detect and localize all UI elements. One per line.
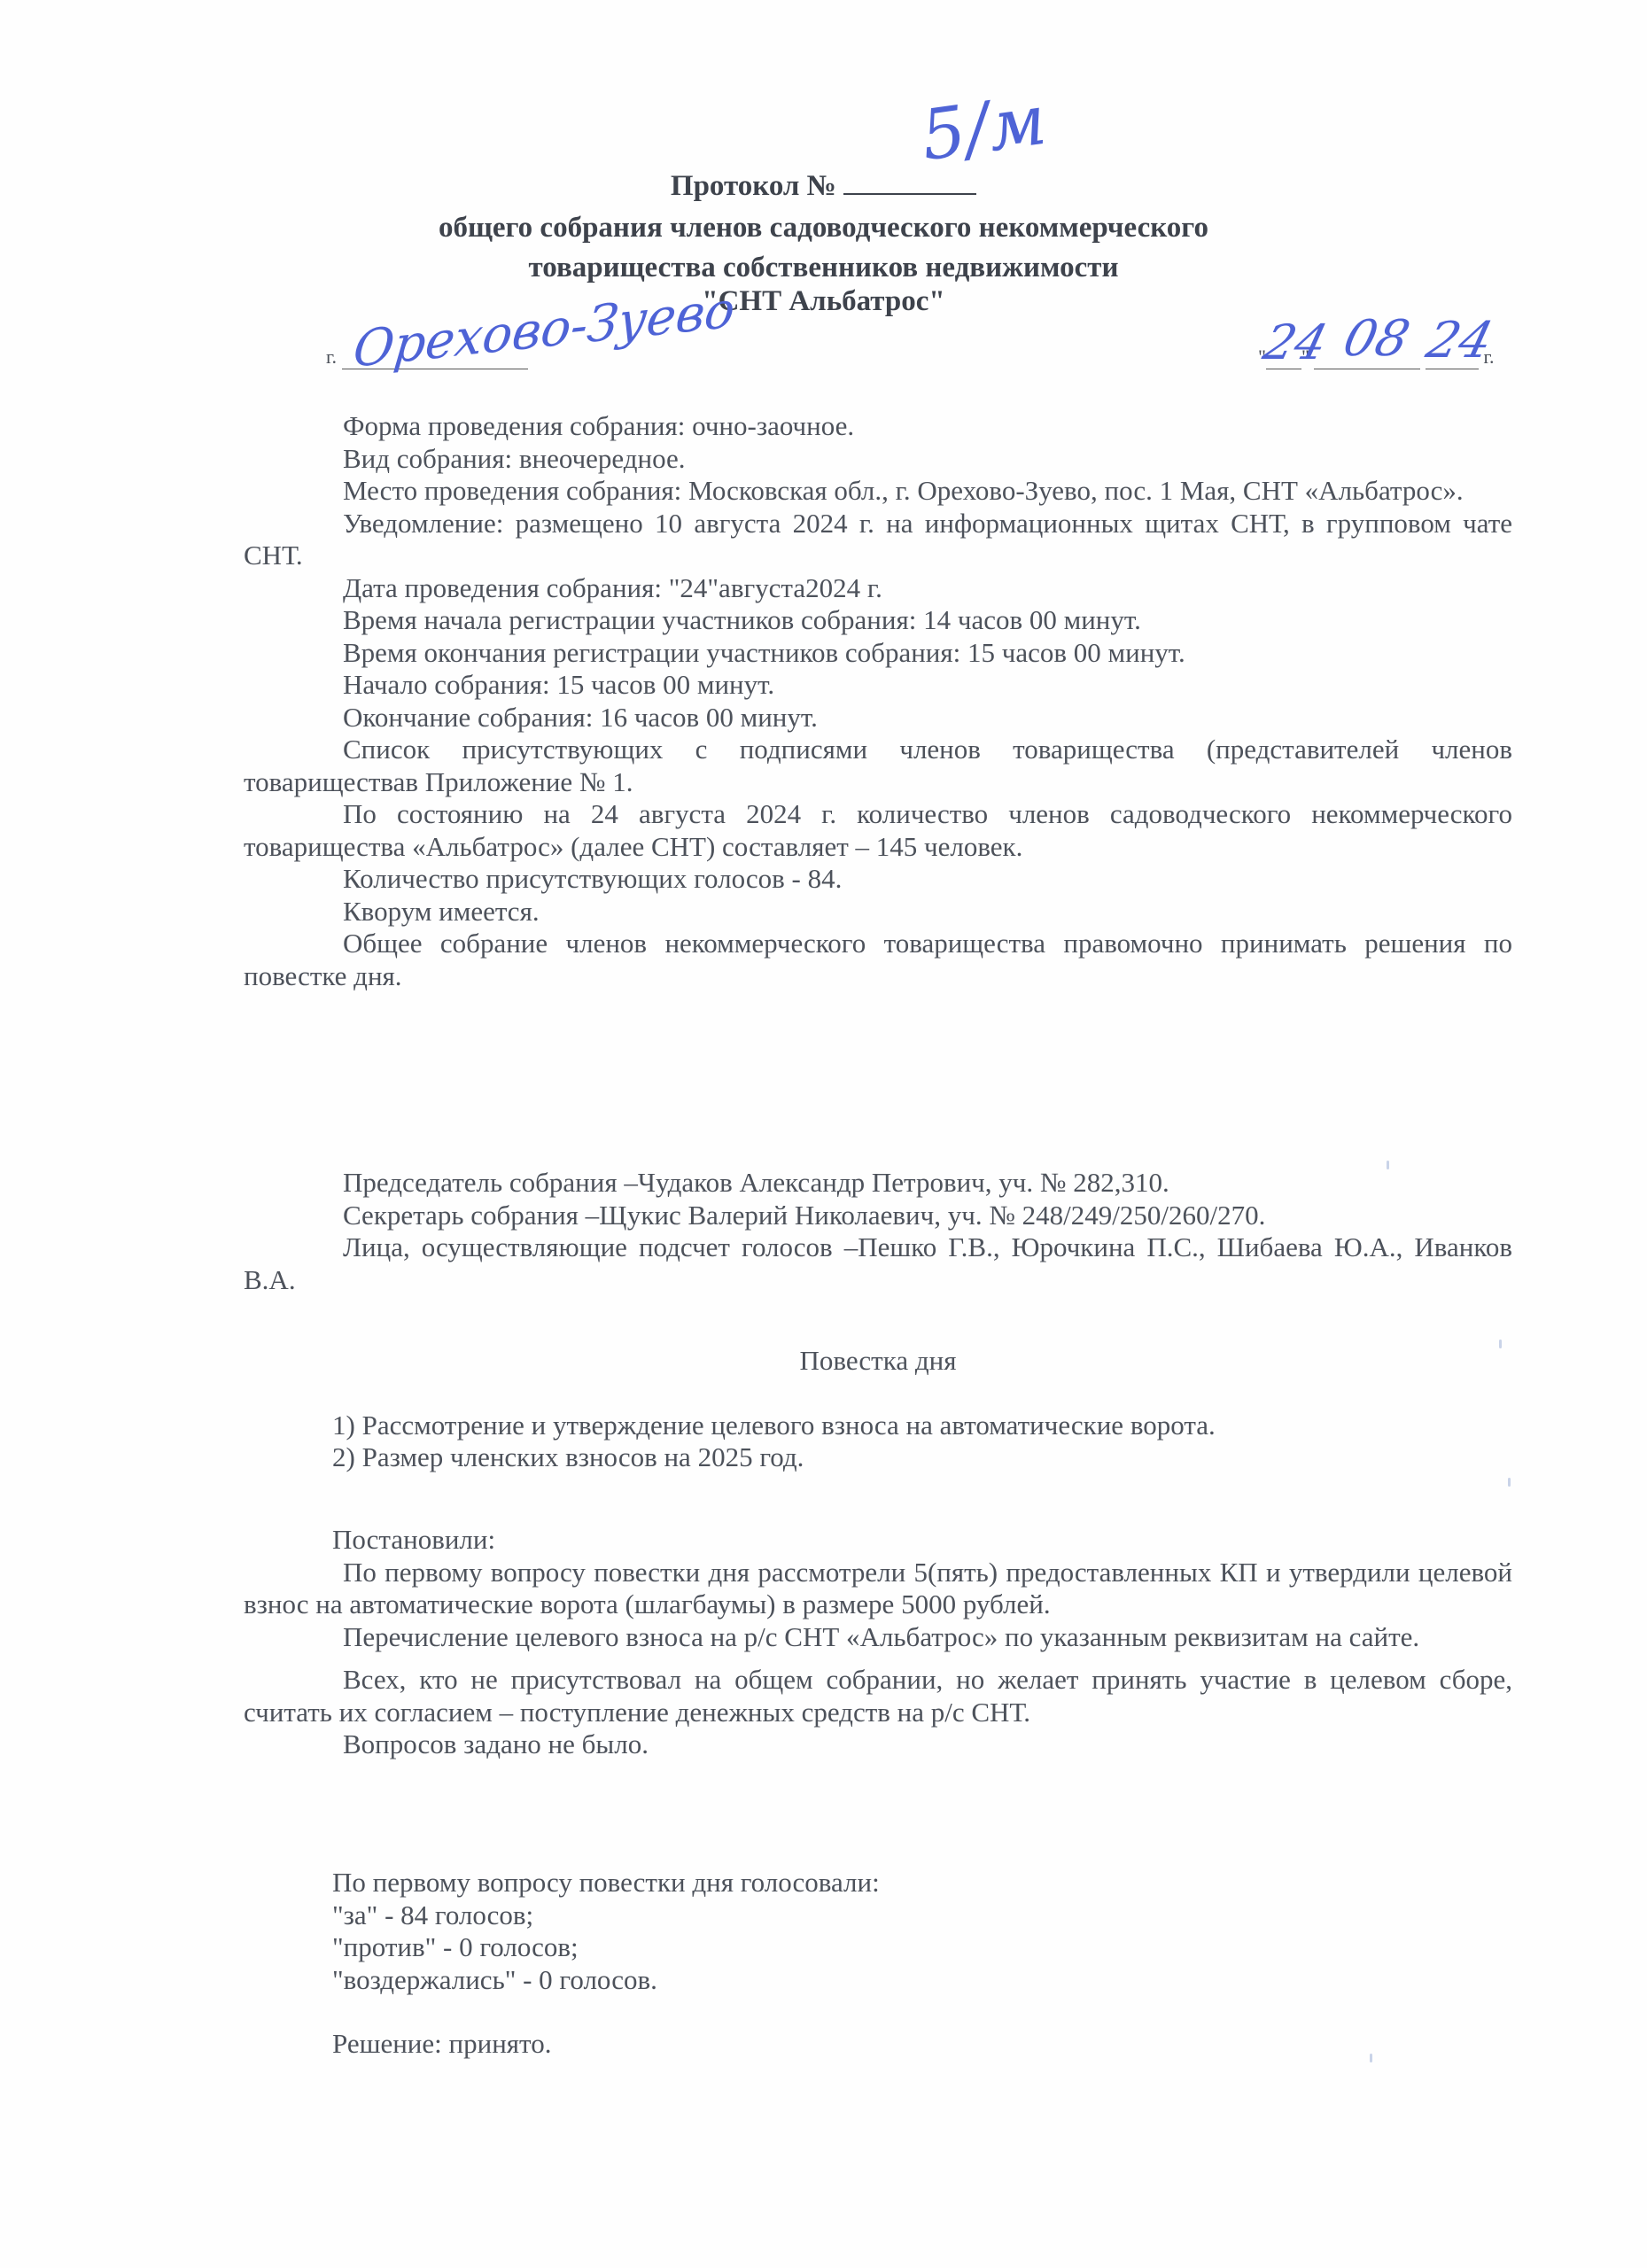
secretary: Секретарь собрания –Щукис Валерий Никола… [244, 1200, 1512, 1232]
meeting-location: Место проведения собрания: Московская об… [244, 475, 1512, 508]
registration-start: Время начала регистрации участников собр… [244, 604, 1512, 637]
agenda-item-1: 1) Рассмотрение и утверждение целевого в… [244, 1410, 1512, 1442]
protocol-number-handwritten: 5/м [916, 81, 1051, 177]
scan-speck [1508, 1478, 1511, 1487]
city-prefix: г. [326, 346, 337, 368]
meeting-notice: Уведомление: размещено 10 августа 2024 г… [244, 508, 1512, 572]
votes-against: "против" - 0 голосов; [244, 1931, 1512, 1964]
scan-speck [1370, 2054, 1372, 2062]
agenda-section: Повестка дня 1) Рассмотрение и утвержден… [244, 1345, 1512, 1474]
chairman: Председатель собрания –Чудаков Александр… [244, 1167, 1512, 1200]
protocol-label: Протокол № [671, 170, 836, 202]
registration-end: Время окончания регистрации участников с… [244, 637, 1512, 670]
meeting-form: Форма проведения собрания: очно-заочное. [244, 410, 1512, 443]
document-page: Протокол № 5/м общего собрания членов са… [0, 0, 1647, 2268]
decision: Решение: принято. [244, 2028, 1512, 2061]
attendee-list-note: Список присутствующих с подписями членов… [244, 734, 1512, 798]
meeting-date: Дата проведения собрания: "24"августа202… [244, 572, 1512, 605]
resolution-heading: Постановили: [244, 1524, 1512, 1557]
resolution-section: Постановили: По первому вопросу повестки… [244, 1524, 1512, 1761]
votes-for: "за" - 84 голосов; [244, 1899, 1512, 1932]
present-votes: Количество присутствующих голосов - 84. [244, 863, 1512, 896]
protocol-title: Протокол № [0, 167, 1647, 204]
meeting-type: Вид собрания: внеочередное. [244, 443, 1512, 476]
title-line-2: товарищества собственников недвижимости [0, 250, 1647, 285]
quorum-status: Кворум имеется. [244, 896, 1512, 928]
voting-heading: По первому вопросу повестки дня голосова… [244, 1867, 1512, 1899]
resolution-paragraph-1: По первому вопросу повестки дня рассмотр… [244, 1557, 1512, 1621]
agenda-item-2: 2) Размер членских взносов на 2025 год. [244, 1441, 1512, 1474]
meeting-info-section: Форма проведения собрания: очно-заочное.… [244, 410, 1512, 992]
scan-speck [1499, 1340, 1502, 1348]
vote-counters: Лица, осуществляющие подсчет голосов –Пе… [244, 1231, 1512, 1296]
meeting-end: Окончание собрания: 16 часов 00 минут. [244, 702, 1512, 734]
scan-speck [1387, 1161, 1389, 1169]
title-line-1: общего собрания членов садоводческого не… [0, 210, 1647, 245]
officials-section: Председатель собрания –Чудаков Александр… [244, 1167, 1512, 1296]
resolution-paragraph-3: Всех, кто не присутствовал на общем собр… [244, 1664, 1512, 1728]
resolution-paragraph-2: Перечисление целевого взноса на р/с СНТ … [244, 1621, 1512, 1654]
agenda-heading: Повестка дня [244, 1345, 1512, 1378]
resolution-paragraph-4: Вопросов задано не было. [244, 1728, 1512, 1761]
voting-section: По первому вопросу повестки дня голосова… [244, 1867, 1512, 2061]
member-count: По состоянию на 24 августа 2024 г. колич… [244, 798, 1512, 863]
meeting-start: Начало собрания: 15 часов 00 минут. [244, 669, 1512, 702]
votes-abstained: "воздержались" - 0 голосов. [244, 1964, 1512, 1997]
competence-statement: Общее собрание членов некоммерческого то… [244, 928, 1512, 992]
